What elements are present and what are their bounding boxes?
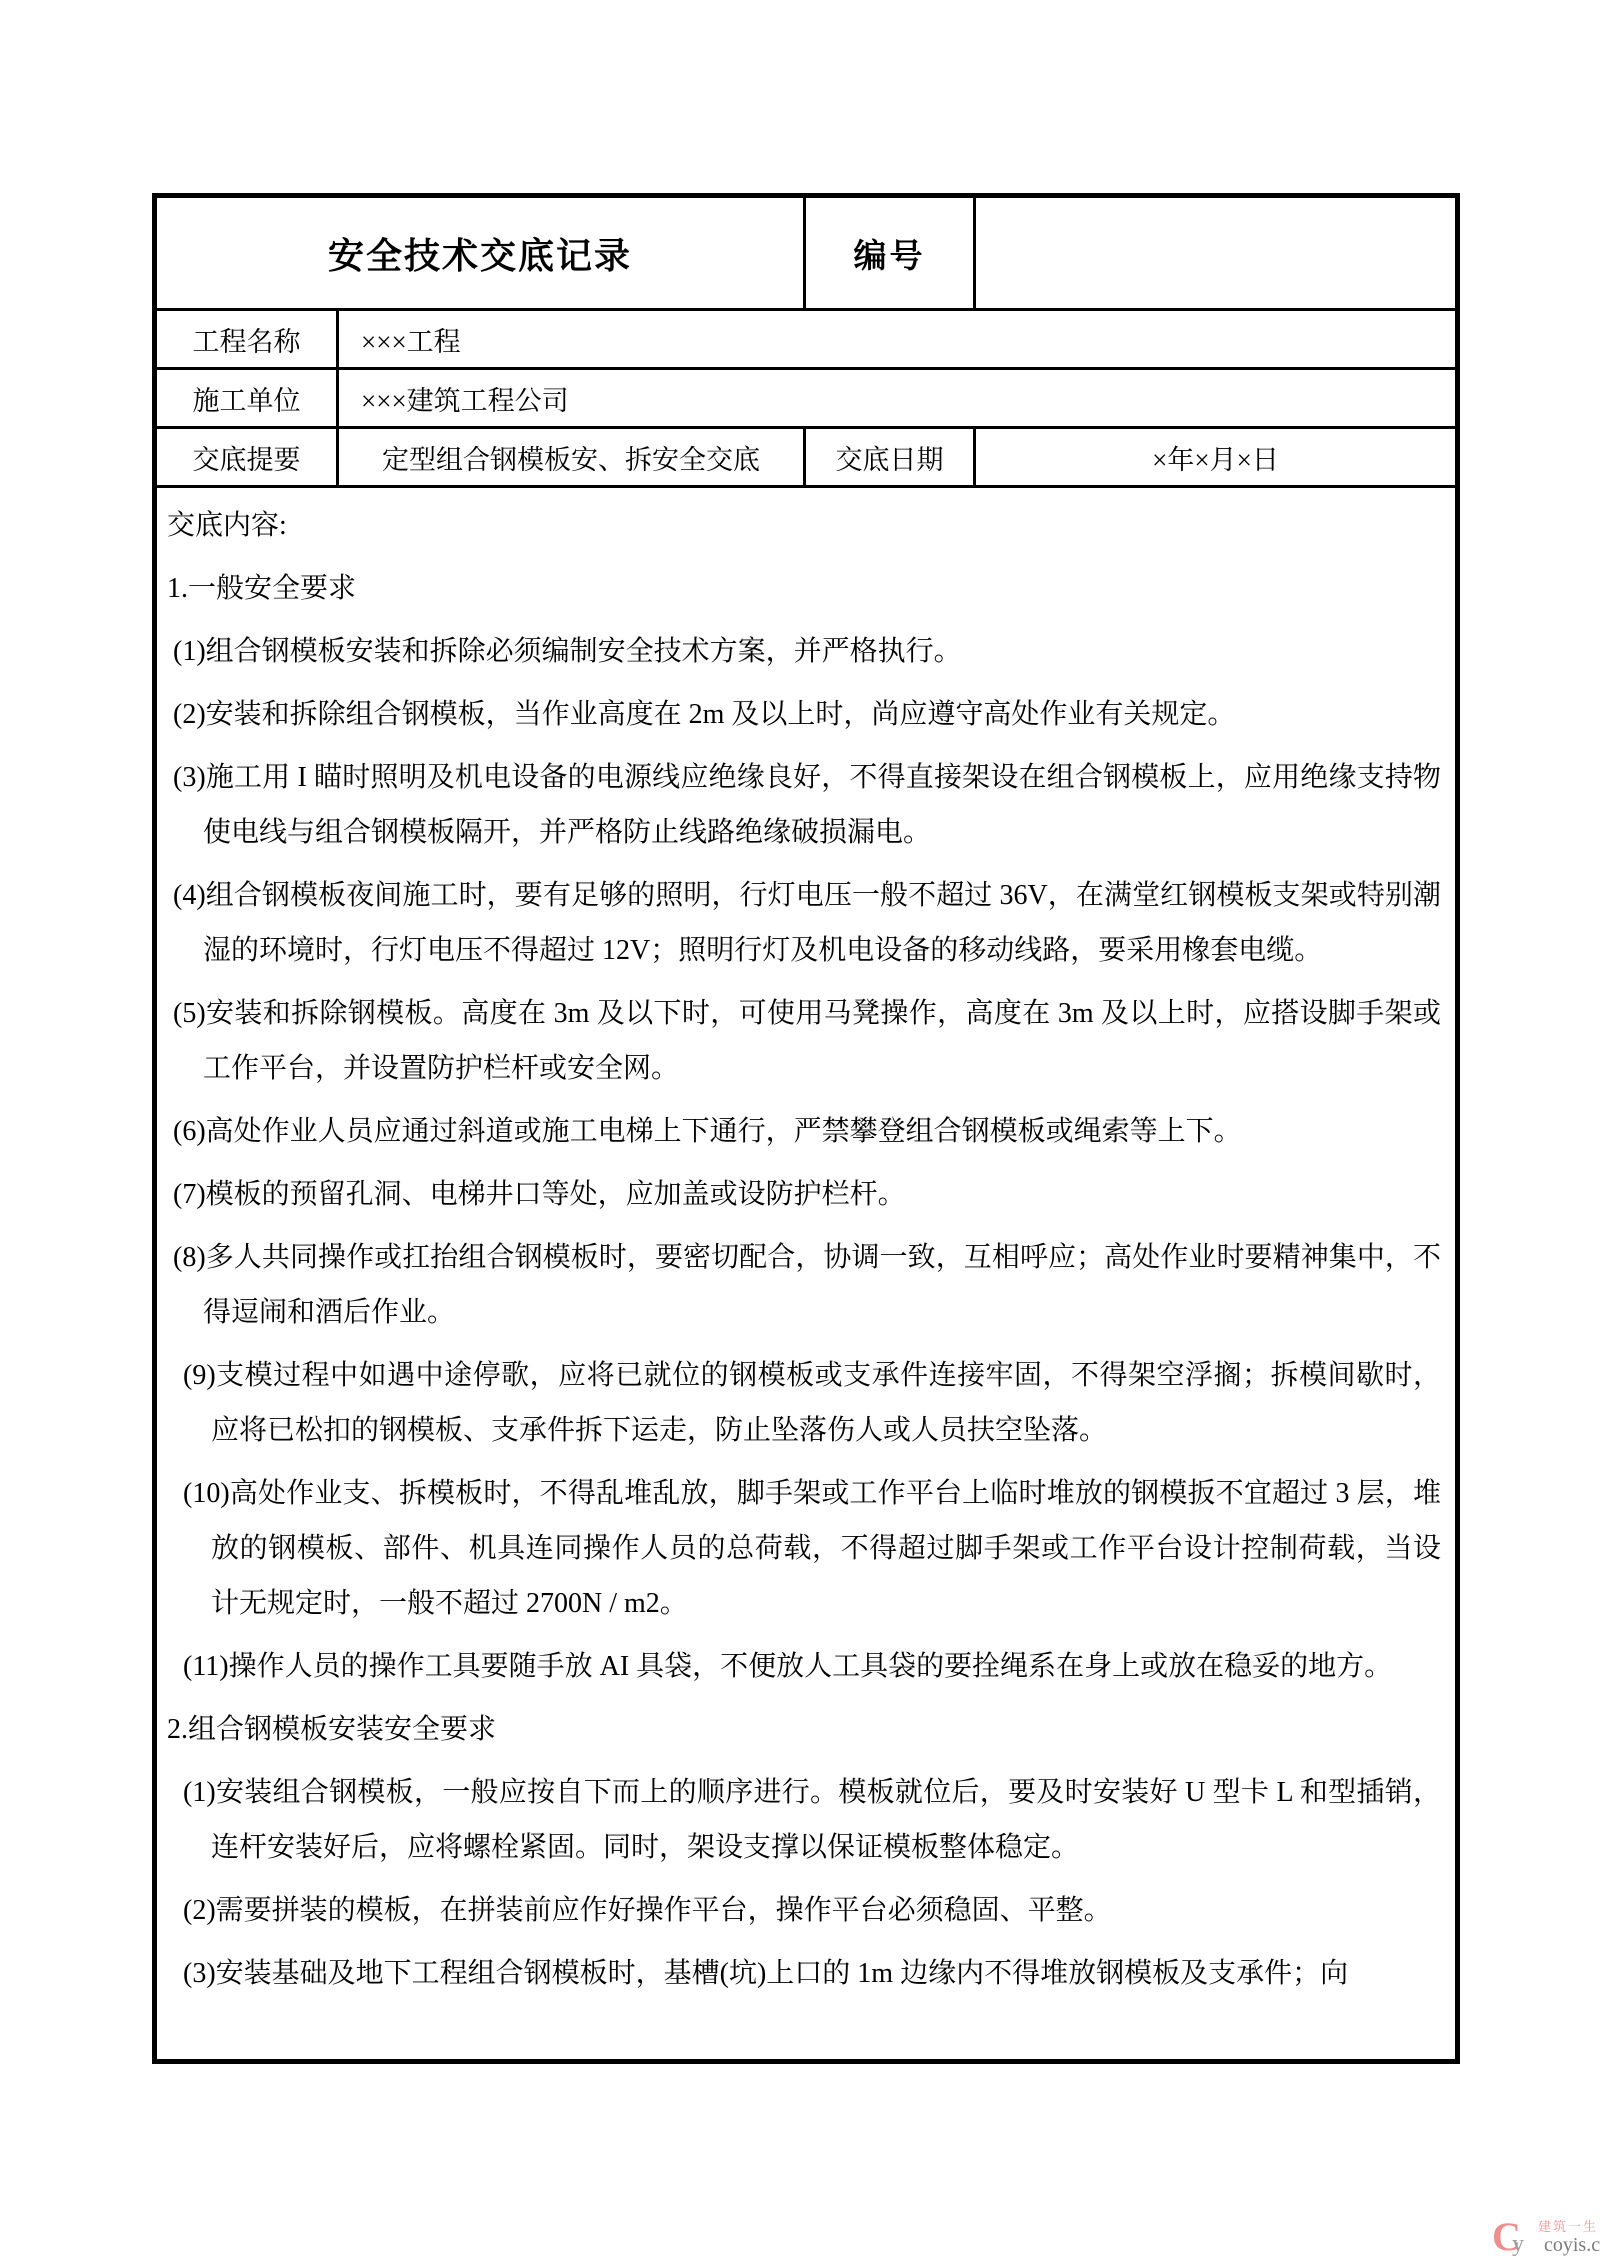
content-paragraph: (8)多人共同操作或扛抬组合钢模板时，要密切配合，协调一致，互相呼应；高处作业时…: [167, 1230, 1441, 1340]
content-paragraph: (4)组合钢模板夜间施工时，要有足够的照明，行灯电压一般不超过 36V，在满堂红…: [167, 868, 1441, 978]
watermark-logo-icon: C y: [1492, 2216, 1536, 2260]
content-paragraph: (6)高处作业人员应通过斜道或施工电梯上下通行，严禁攀登组合钢模板或绳索等上下。: [167, 1104, 1441, 1159]
number-value: [975, 196, 1458, 310]
content-paragraph: (3)施工用 I 瞄时照明及机电设备的电源线应绝缘良好，不得直接架设在组合钢模板…: [167, 750, 1441, 860]
content-paragraph: (1)安装组合钢模板，一般应按自下而上的顺序进行。模板就位后，要及时安装好 U …: [167, 1765, 1441, 1875]
construction-unit-value: ×××建筑工程公司: [338, 369, 1458, 428]
content-cell: 交底内容: 1.一般安全要求(1)组合钢模板安装和拆除必须编制安全技术方案，并严…: [155, 487, 1458, 2062]
content-paragraph: 1.一般安全要求: [167, 561, 1441, 616]
summary-value: 定型组合钢模板安、拆安全交底: [338, 428, 805, 487]
date-value: ×年×月×日: [975, 428, 1458, 487]
content-paragraphs: 1.一般安全要求(1)组合钢模板安装和拆除必须编制安全技术方案，并严格执行。(2…: [167, 561, 1441, 2001]
watermark: C y 建筑一生 coyis.com: [1492, 2216, 1600, 2260]
date-label: 交底日期: [805, 428, 975, 487]
construction-unit-label: 施工单位: [155, 369, 338, 428]
content-paragraph: (1)组合钢模板安装和拆除必须编制安全技术方案，并严格执行。: [167, 624, 1441, 679]
summary-label: 交底提要: [155, 428, 338, 487]
content-paragraph: (7)模板的预留孔洞、电梯井口等处，应加盖或设防护栏杆。: [167, 1167, 1441, 1222]
watermark-text: 建筑一生 coyis.com: [1538, 2216, 1600, 2256]
content-paragraph: (2)需要拼装的模板，在拼装前应作好操作平台，操作平台必须稳固、平整。: [167, 1883, 1441, 1938]
content-paragraph: (9)支模过程中如遇中途停歌，应将已就位的钢模板或支承件连接牢固，不得架空浮搁；…: [167, 1348, 1441, 1458]
number-label: 编号: [805, 196, 975, 310]
watermark-site-text: coyis.com: [1544, 2234, 1600, 2256]
content-paragraph: (5)安装和拆除钢模板。高度在 3m 及以下时，可使用马凳操作，高度在 3m 及…: [167, 986, 1441, 1096]
content-paragraph: (2)安装和拆除组合钢模板，当作业高度在 2m 及以上时，尚应遵守高处作业有关规…: [167, 687, 1441, 742]
watermark-brand-text: 建筑一生: [1538, 2219, 1600, 2234]
disclosure-record-table: 安全技术交底记录 编号 工程名称 ×××工程 施工单位 ×××建筑工程公司 交底…: [152, 193, 1460, 2064]
content-paragraph: (3)安装基础及地下工程组合钢模板时，基槽(坑)上口的 1m 边缘内不得堆放钢模…: [167, 1946, 1441, 2001]
content-paragraph: 2.组合钢模板安装安全要求: [167, 1702, 1441, 1757]
watermark-logo-y: y: [1512, 2230, 1524, 2258]
project-name-label: 工程名称: [155, 310, 338, 369]
project-name-value: ×××工程: [338, 310, 1458, 369]
content-paragraph: (10)高处作业支、拆模板时，不得乱堆乱放，脚手架或工作平台上临时堆放的钢模扳不…: [167, 1466, 1441, 1631]
content-paragraph: (11)操作人员的操作工具要随手放 AI 具袋，不便放人工具袋的要拴绳系在身上或…: [167, 1639, 1441, 1694]
document-title: 安全技术交底记录: [155, 196, 805, 310]
content-heading: 交底内容:: [167, 498, 1441, 553]
